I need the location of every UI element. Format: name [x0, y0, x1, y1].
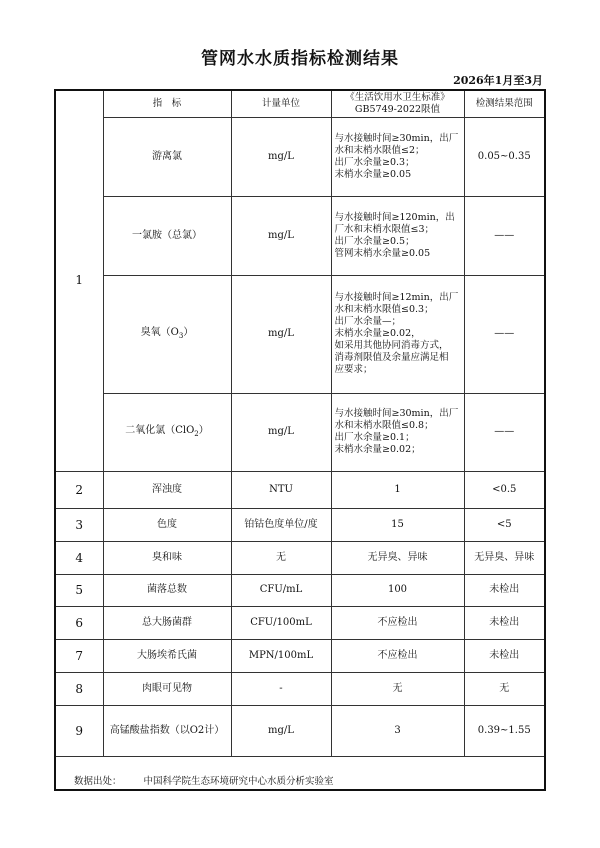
- table-row: 7 大肠埃希氏菌 MPN/100mL 不应检出 未检出: [55, 639, 545, 672]
- standard-line: 与水接触时间≥30min，出厂: [335, 133, 462, 145]
- row-number: 6: [55, 606, 103, 639]
- standard-line: 水和末梢水限值≤0.8；: [335, 420, 462, 432]
- table-row: 2 浑浊度 NTU 1 <0.5: [55, 471, 545, 508]
- indicator-cell: 菌落总数: [103, 574, 231, 606]
- standard-cell: 无异臭、异味: [331, 541, 464, 574]
- row-number: 1: [75, 273, 83, 287]
- data-source-value: 中国科学院生态环境研究中心水质分析实验室: [144, 776, 334, 787]
- result-cell: 0.05~0.35: [464, 117, 545, 196]
- unit-cell: -: [231, 672, 331, 705]
- table-row: 臭氧（O3） mg/L 与水接触时间≥12min，出厂 水和末梢水限值≤0.3；…: [55, 275, 545, 393]
- unit-cell: NTU: [231, 471, 331, 508]
- standard-line: 应要求；: [335, 364, 462, 376]
- indicator-cell: 一氯胺（总氯）: [103, 196, 231, 275]
- indicator-text: ）: [199, 425, 209, 436]
- unit-cell: mg/L: [231, 196, 331, 275]
- standard-cell: 15: [331, 508, 464, 541]
- data-source: 数据出处：中国科学院生态环境研究中心水质分析实验室: [55, 756, 545, 790]
- standard-line: 出厂水余量≥0.3；: [335, 157, 462, 169]
- indicator-cell: 二氧化氯（ClO2）: [103, 393, 231, 471]
- table-header-row: 1 指 标 计量单位 《生活饮用水卫生标准》 GB5749-2022限值 检测结…: [55, 90, 545, 117]
- row-number: 5: [55, 574, 103, 606]
- standard-cell: 与水接触时间≥120min，出 厂水和末梢水限值≤3； 出厂水余量≥0.5； 管…: [331, 196, 464, 275]
- indicator-cell: 大肠埃希氏菌: [103, 639, 231, 672]
- row-number: 9: [55, 705, 103, 756]
- indicator-cell: 游离氯: [103, 117, 231, 196]
- table-row: 9 高锰酸盐指数（以O2计） mg/L 3 0.39~1.55: [55, 705, 545, 756]
- result-cell: ——: [464, 196, 545, 275]
- result-cell: 无: [464, 672, 545, 705]
- table-row: 游离氯 mg/L 与水接触时间≥30min，出厂 水和末梢水限值≤2； 出厂水余…: [55, 117, 545, 196]
- standard-cell: 无: [331, 672, 464, 705]
- indicator-cell: 臭氧（O3）: [103, 275, 231, 393]
- standard-line: 出厂水余量≥0.5；: [335, 236, 462, 248]
- standard-cell: 不应检出: [331, 639, 464, 672]
- table-row: 8 肉眼可见物 - 无 无: [55, 672, 545, 705]
- result-cell: 未检出: [464, 606, 545, 639]
- standard-line: 与水接触时间≥120min，出: [335, 212, 462, 224]
- indicator-text: 臭氧（O: [141, 327, 179, 338]
- indicator-cell: 肉眼可见物: [103, 672, 231, 705]
- header-result: 检测结果范围: [464, 90, 545, 117]
- row-number: 8: [55, 672, 103, 705]
- unit-cell: mg/L: [231, 705, 331, 756]
- result-cell: 未检出: [464, 639, 545, 672]
- standard-line: 末梢水余量≥0.02；: [335, 444, 462, 456]
- unit-cell: CFU/mL: [231, 574, 331, 606]
- header-standard: 《生活饮用水卫生标准》 GB5749-2022限值: [331, 90, 464, 117]
- row-number: 4: [55, 541, 103, 574]
- table-row: 6 总大肠菌群 CFU/100mL 不应检出 未检出: [55, 606, 545, 639]
- table-row: 二氧化氯（ClO2） mg/L 与水接触时间≥30min，出厂 水和末梢水限值≤…: [55, 393, 545, 471]
- indicator-cell: 色度: [103, 508, 231, 541]
- indicator-text: ）: [183, 327, 193, 338]
- header-unit: 计量单位: [231, 90, 331, 117]
- table-row: 一氯胺（总氯） mg/L 与水接触时间≥120min，出 厂水和末梢水限值≤3；…: [55, 196, 545, 275]
- unit-cell: mg/L: [231, 393, 331, 471]
- standard-line: 如采用其他协同消毒方式，: [335, 340, 462, 352]
- unit-cell: CFU/100mL: [231, 606, 331, 639]
- standard-cell: 3: [331, 705, 464, 756]
- data-source-label: 数据出处：: [74, 776, 122, 787]
- header-indicator: 指 标: [103, 90, 231, 117]
- standard-cell: 1: [331, 471, 464, 508]
- standard-line: 厂水和末梢水限值≤3；: [335, 224, 462, 236]
- unit-cell: 无: [231, 541, 331, 574]
- standard-line: 出厂水余量—；: [335, 316, 462, 328]
- unit-cell: 铂钴色度单位/度: [231, 508, 331, 541]
- header-standard-line1: 《生活饮用水卫生标准》: [334, 92, 462, 104]
- standard-cell: 与水接触时间≥12min，出厂 水和末梢水限值≤0.3； 出厂水余量—； 末梢水…: [331, 275, 464, 393]
- standard-line: 水和末梢水限值≤2；: [335, 145, 462, 157]
- indicator-cell: 浑浊度: [103, 471, 231, 508]
- standard-line: 与水接触时间≥30min，出厂: [335, 408, 462, 420]
- standard-cell: 与水接触时间≥30min，出厂 水和末梢水限值≤0.8； 出厂水余量≥0.1； …: [331, 393, 464, 471]
- standard-line: 水和末梢水限值≤0.3；: [335, 304, 462, 316]
- result-cell: ——: [464, 393, 545, 471]
- standard-cell: 与水接触时间≥30min，出厂 水和末梢水限值≤2； 出厂水余量≥0.3； 末梢…: [331, 117, 464, 196]
- result-cell: 无异臭、异味: [464, 541, 545, 574]
- indicator-text: 二氧化氯（ClO: [125, 425, 194, 436]
- standard-cell: 不应检出: [331, 606, 464, 639]
- row-number: 7: [55, 639, 103, 672]
- row-number: 2: [55, 471, 103, 508]
- group-number-cell: 1: [55, 90, 103, 471]
- document-title: 管网水水质指标检测结果: [0, 44, 600, 69]
- result-cell: <5: [464, 508, 545, 541]
- result-cell: 未检出: [464, 574, 545, 606]
- standard-line: 与水接触时间≥12min，出厂: [335, 292, 462, 304]
- indicator-cell: 高锰酸盐指数（以O2计）: [103, 705, 231, 756]
- indicator-cell: 总大肠菌群: [103, 606, 231, 639]
- result-cell: ——: [464, 275, 545, 393]
- header-standard-line2: GB5749-2022限值: [334, 104, 462, 116]
- unit-cell: mg/L: [231, 117, 331, 196]
- table-row: 4 臭和味 无 无异臭、异味 无异臭、异味: [55, 541, 545, 574]
- water-quality-table: 1 指 标 计量单位 《生活饮用水卫生标准》 GB5749-2022限值 检测结…: [54, 89, 546, 791]
- standard-line: 出厂水余量≥0.1；: [335, 432, 462, 444]
- table-row: 5 菌落总数 CFU/mL 100 未检出: [55, 574, 545, 606]
- row-number: 3: [55, 508, 103, 541]
- indicator-cell: 臭和味: [103, 541, 231, 574]
- unit-cell: mg/L: [231, 275, 331, 393]
- result-cell: <0.5: [464, 471, 545, 508]
- standard-line: 末梢水余量≥0.02，: [335, 328, 462, 340]
- result-cell: 0.39~1.55: [464, 705, 545, 756]
- standard-line: 管网末梢水余量≥0.05: [335, 248, 462, 260]
- standard-cell: 100: [331, 574, 464, 606]
- report-period: 2026年1月至3月: [453, 72, 543, 88]
- table-row: 3 色度 铂钴色度单位/度 15 <5: [55, 508, 545, 541]
- footer-row: 数据出处：中国科学院生态环境研究中心水质分析实验室: [55, 756, 545, 790]
- standard-line: 消毒剂限值及余量应满足相: [335, 352, 462, 364]
- unit-cell: MPN/100mL: [231, 639, 331, 672]
- standard-line: 末梢水余量≥0.05: [335, 169, 462, 181]
